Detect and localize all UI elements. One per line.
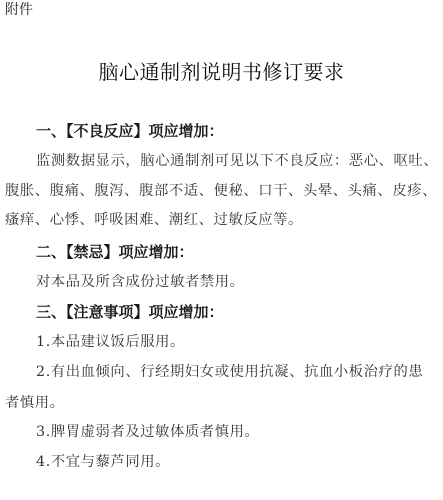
paragraph-line: 腹胀、腹痛、腹泻、腹部不适、便秘、口干、头晕、头痛、皮疹、 <box>5 180 437 202</box>
paragraph-line: 监测数据显示，脑心通制剂可见以下不良反应：恶心、呕吐、 <box>36 150 438 172</box>
precaution-item-4: 4.不宜与藜芦同用。 <box>36 451 170 473</box>
section-heading: 三、【注意事项】项应增加： <box>36 301 224 323</box>
section-heading: 二、【禁忌】项应增加： <box>36 241 194 263</box>
document-page: 附件 脑心通制剂说明书修订要求 一、【不良反应】项应增加： 监测数据显示，脑心通… <box>0 0 443 500</box>
section-heading: 一、【不良反应】项应增加： <box>36 120 224 142</box>
attachment-label: 附件 <box>5 0 33 20</box>
precaution-item-2: 2.有出血倾向、行经期妇女或使用抗凝、抗血小板治疗的患 <box>36 361 423 383</box>
precaution-item-3: 3.脾胃虚弱者及过敏体质者慎用。 <box>36 421 259 443</box>
paragraph-line: 瘙痒、心悸、呼吸困难、潮红、过敏反应等。 <box>5 209 303 231</box>
precaution-item-2-continued: 者慎用。 <box>5 392 65 414</box>
precaution-item-1: 1.本品建议饭后服用。 <box>36 331 185 353</box>
paragraph-line: 对本品及所含成份过敏者禁用。 <box>36 271 245 293</box>
document-title: 脑心通制剂说明书修订要求 <box>0 58 443 86</box>
